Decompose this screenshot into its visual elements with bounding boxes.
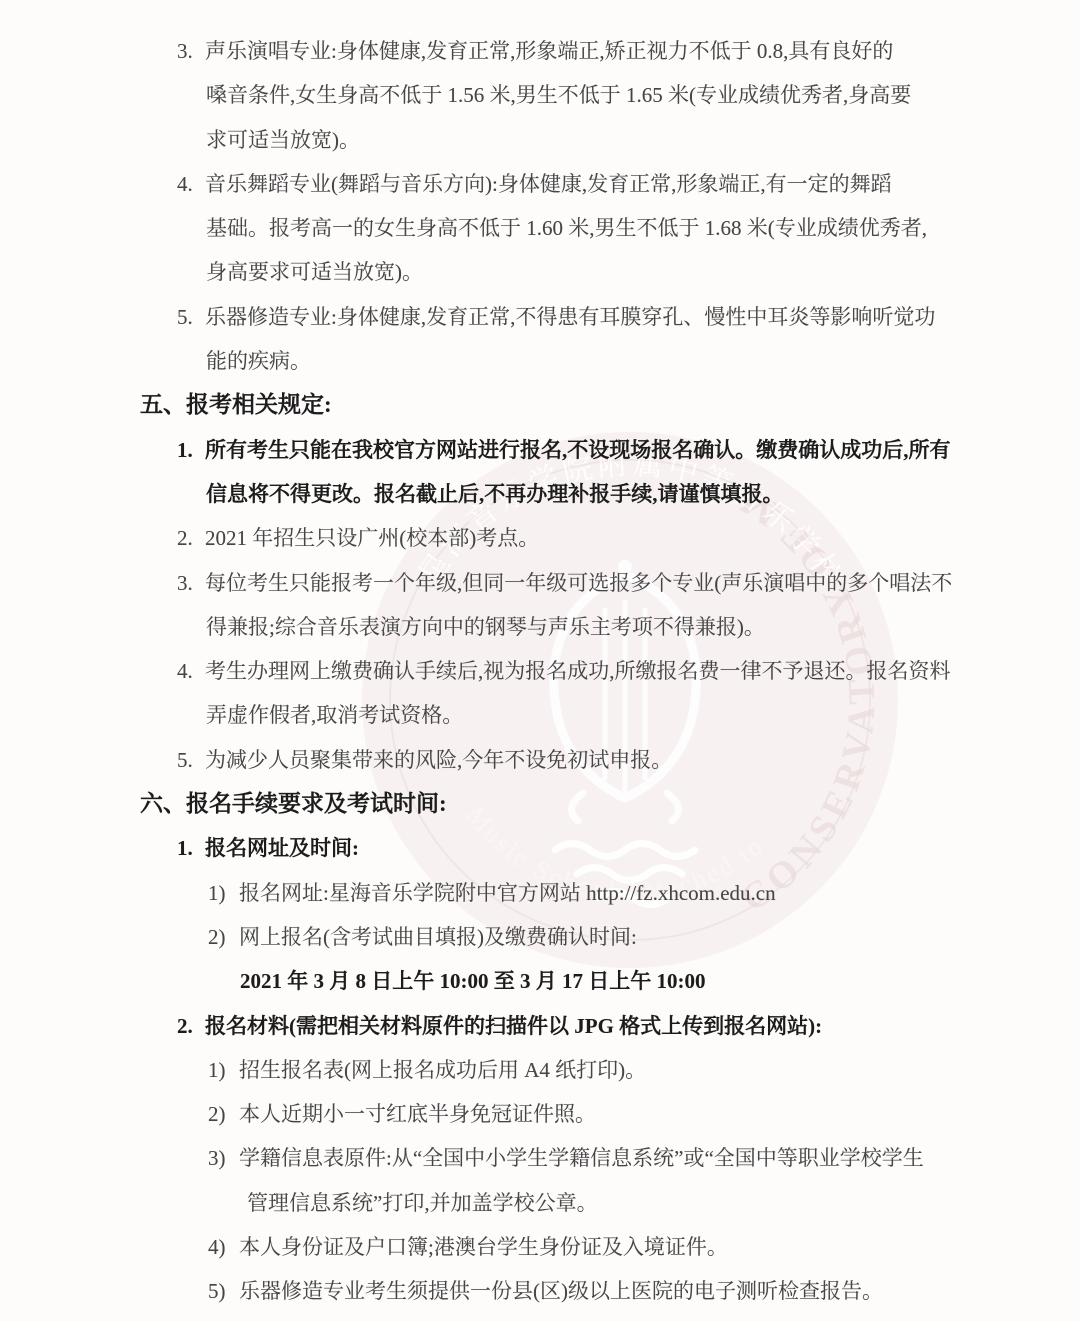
line-text: 得兼报;综合音乐表演方向中的钢琴与声乐主考项不得兼报)。 [206, 615, 765, 639]
line-text: 弄虚作假者,取消考试资格。 [206, 703, 463, 727]
section-heading: 五、报考相关规定: [0, 383, 1080, 427]
line-text: 本人身份证及户口簿;港澳台学生身份证及入境证件。 [239, 1235, 728, 1259]
list-marker: 5. [177, 738, 205, 782]
doc-line: 基础。报考高一的女生身高不低于 1.60 米,男生不低于 1.68 米(专业成绩… [0, 206, 1080, 250]
list-marker: 3. [177, 561, 205, 605]
line-text: 学籍信息表原件:从“全国中小学生学籍信息系统”或“全国中等职业学校学生 [239, 1146, 924, 1170]
list-marker: 4) [208, 1225, 239, 1269]
doc-line: 求可适当放宽)。 [0, 118, 1080, 162]
doc-line: 2.2021 年招生只设广州(校本部)考点。 [0, 516, 1080, 560]
doc-line: 4)本人身份证及户口簿;港澳台学生身份证及入境证件。 [0, 1225, 1080, 1269]
list-marker: 4. [177, 649, 205, 693]
line-text: 身高要求可适当放宽)。 [206, 260, 423, 284]
doc-line: 2)本人近期小一寸红底半身免冠证件照。 [0, 1092, 1080, 1136]
line-text: 报名网址及时间: [205, 836, 359, 860]
doc-line: 2.报名材料(需把相关材料原件的扫描件以 JPG 格式上传到报名网站): [0, 1004, 1080, 1048]
doc-line: 2021 年 3 月 8 日上午 10:00 至 3 月 17 日上午 10:0… [0, 959, 1080, 1003]
list-marker: 3) [208, 1136, 239, 1180]
list-marker: 2) [208, 915, 239, 959]
list-marker: 5) [208, 1269, 239, 1313]
document-body: 3.声乐演唱专业:身体健康,发育正常,形象端正,矫正视力不低于 0.8,具有良好… [0, 0, 1080, 1321]
line-text: 求可适当放宽)。 [206, 128, 360, 152]
doc-line: 5)乐器修造专业考生须提供一份县(区)级以上医院的电子测听检查报告。 [0, 1269, 1080, 1313]
line-text: 报名网址:星海音乐学院附中官方网站 http://fz.xhcom.edu.cn [239, 881, 776, 905]
list-marker: 2. [177, 516, 205, 560]
line-text: 为减少人员聚集带来的风险,今年不设免初试申报。 [205, 748, 672, 772]
line-text: 2021 年招生只设广州(校本部)考点。 [205, 526, 539, 550]
doc-line: 5.为减少人员聚集带来的风险,今年不设免初试申报。 [0, 738, 1080, 782]
doc-line: 5.乐器修造专业:身体健康,发育正常,不得患有耳膜穿孔、慢性中耳炎等影响听觉功 [0, 295, 1080, 339]
line-text: 每位考生只能报考一个年级,但同一年级可选报多个专业(声乐演唱中的多个唱法不 [205, 571, 952, 595]
list-marker: 5. [177, 295, 205, 339]
line-text: 管理信息系统”打印,并加盖学校公章。 [247, 1191, 598, 1215]
section-heading: 六、报名手续要求及考试时间: [0, 782, 1080, 826]
doc-line: 2)网上报名(含考试曲目填报)及缴费确认时间: [0, 915, 1080, 959]
line-text: 报名材料(需把相关材料原件的扫描件以 JPG 格式上传到报名网站): [205, 1014, 822, 1038]
doc-line: 1.报名网址及时间: [0, 826, 1080, 870]
line-text: 能的疾病。 [206, 349, 311, 373]
doc-line: 管理信息系统”打印,并加盖学校公章。 [0, 1181, 1080, 1225]
doc-line: 能的疾病。 [0, 339, 1080, 383]
line-text: 乐器修造专业:身体健康,发育正常,不得患有耳膜穿孔、慢性中耳炎等影响听觉功 [205, 305, 935, 329]
list-marker: 3. [177, 29, 205, 73]
doc-line: 得兼报;综合音乐表演方向中的钢琴与声乐主考项不得兼报)。 [0, 605, 1080, 649]
line-text: 基础。报考高一的女生身高不低于 1.60 米,男生不低于 1.68 米(专业成绩… [206, 216, 927, 240]
line-text: 乐器修造专业考生须提供一份县(区)级以上医院的电子测听检查报告。 [239, 1279, 883, 1303]
list-marker: 4. [177, 162, 205, 206]
list-marker: 2) [208, 1092, 239, 1136]
list-marker: 1) [208, 871, 239, 915]
doc-line: 信息将不得更改。报名截止后,不再办理补报手续,请谨慎填报。 [0, 472, 1080, 516]
doc-line: 弄虚作假者,取消考试资格。 [0, 693, 1080, 737]
doc-line: 1.所有考生只能在我校官方网站进行报名,不设现场报名确认。缴费确认成功后,所有 [0, 428, 1080, 472]
line-text: 招生报名表(网上报名成功后用 A4 纸打印)。 [239, 1058, 646, 1082]
doc-line: 1)报名网址:星海音乐学院附中官方网站 http://fz.xhcom.edu.… [0, 871, 1080, 915]
doc-line: 身高要求可适当放宽)。 [0, 250, 1080, 294]
doc-line: 3.声乐演唱专业:身体健康,发育正常,形象端正,矫正视力不低于 0.8,具有良好… [0, 29, 1080, 73]
line-text: 2021 年 3 月 8 日上午 10:00 至 3 月 17 日上午 10:0… [240, 969, 706, 993]
list-marker: 2. [177, 1004, 205, 1048]
line-text: 声乐演唱专业:身体健康,发育正常,形象端正,矫正视力不低于 0.8,具有良好的 [205, 39, 893, 63]
list-marker: 1. [177, 428, 205, 472]
line-text: 本人近期小一寸红底半身免冠证件照。 [239, 1102, 596, 1126]
line-text: 网上报名(含考试曲目填报)及缴费确认时间: [239, 925, 637, 949]
list-marker: 1. [177, 826, 205, 870]
line-text: 音乐舞蹈专业(舞蹈与音乐方向):身体健康,发育正常,形象端正,有一定的舞蹈 [205, 172, 892, 196]
scanned-document-page: CONSERVATORY OF MUSIC 星海音乐学院附属中等音乐学校 Mus… [0, 0, 1080, 1321]
doc-line: 4.音乐舞蹈专业(舞蹈与音乐方向):身体健康,发育正常,形象端正,有一定的舞蹈 [0, 162, 1080, 206]
doc-line: 嗓音条件,女生身高不低于 1.56 米,男生不低于 1.65 米(专业成绩优秀者… [0, 73, 1080, 117]
line-text: 五、报考相关规定: [140, 392, 332, 417]
line-text: 信息将不得更改。报名截止后,不再办理补报手续,请谨慎填报。 [206, 482, 784, 506]
doc-line: 1)招生报名表(网上报名成功后用 A4 纸打印)。 [0, 1048, 1080, 1092]
line-text: 考生办理网上缴费确认手续后,视为报名成功,所缴报名费一律不予退还。报名资料 [205, 659, 951, 683]
doc-line: 3.每位考生只能报考一个年级,但同一年级可选报多个专业(声乐演唱中的多个唱法不 [0, 561, 1080, 605]
list-marker: 1) [208, 1048, 239, 1092]
line-text: 所有考生只能在我校官方网站进行报名,不设现场报名确认。缴费确认成功后,所有 [205, 438, 951, 462]
doc-line: 3)学籍信息表原件:从“全国中小学生学籍信息系统”或“全国中等职业学校学生 [0, 1136, 1080, 1180]
doc-line: 4.考生办理网上缴费确认手续后,视为报名成功,所缴报名费一律不予退还。报名资料 [0, 649, 1080, 693]
line-text: 六、报名手续要求及考试时间: [140, 791, 447, 816]
line-text: 嗓音条件,女生身高不低于 1.56 米,男生不低于 1.65 米(专业成绩优秀者… [206, 83, 911, 107]
